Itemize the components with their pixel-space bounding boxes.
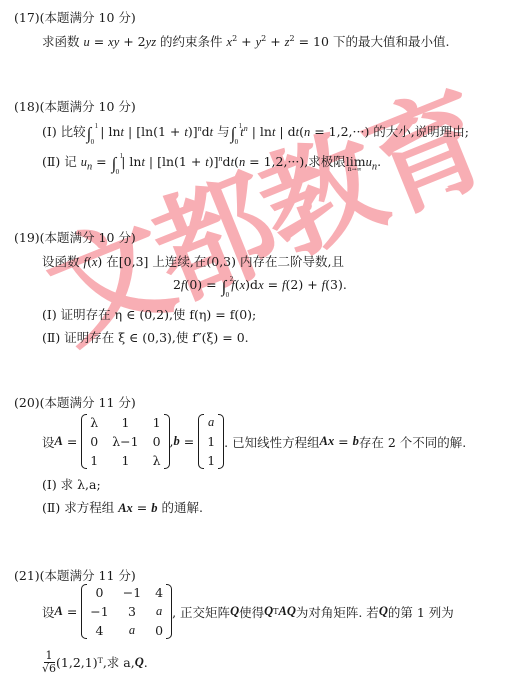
problem-18-part-1: (Ⅰ) 比较∫10 | lnt | [ln(1 + t)]ndt 与∫10 tn… <box>42 122 469 142</box>
problem-21-tail: 1√6 (1,2,1)ᵀ,求 a,Q. <box>42 650 148 674</box>
problem-18-part-2: (Ⅱ) 记 un = ∫10 | lnt | [ln(1 + t)]ndt(n … <box>42 152 381 173</box>
problem-21-header: (21)(本题满分 11 分) <box>14 566 136 584</box>
problem-20-matrix-line: 设 A = λ11 0λ−10 11λ ,b = a11 . 已知线性方程组 A… <box>42 414 466 469</box>
fraction-1-over-sqrt6: 1√6 <box>42 650 56 674</box>
matrix-a-21: 0−14 −13a 4a0 <box>81 584 172 639</box>
problem-21-matrix-line: 设 A = 0−14 −13a 4a0 , 正交矩阵 Q 使得 QTAQ 为对角… <box>42 584 454 639</box>
watermark: 文都教育 <box>20 44 506 372</box>
problem-20-part-1: (Ⅰ) 求 λ,a; <box>42 475 101 493</box>
problem-19-equation: 2f(0) = ∫20 f(x)dx = f(2) + f(3). <box>173 277 347 295</box>
problem-17-header: (17)(本题满分 10 分) <box>14 8 136 26</box>
problem-20-header: (20)(本题满分 11 分) <box>14 393 136 411</box>
problem-19-header: (19)(本题满分 10 分) <box>14 228 136 246</box>
matrix-a: λ11 0λ−10 11λ <box>81 414 169 469</box>
problem-20-part-2: (Ⅱ) 求方程组 Ax = b 的通解. <box>42 498 203 516</box>
problem-17-text: 求函数 u = xy + 2yz 的约束条件 x2 + y2 + z2 = 10… <box>42 32 449 50</box>
problem-19-part-2: (Ⅱ) 证明存在 ξ ∈ (0,3),使 f″(ξ) = 0. <box>42 328 249 346</box>
vector-b: a11 <box>198 414 224 469</box>
problem-18-header: (18)(本题满分 10 分) <box>14 97 136 115</box>
problem-19-intro: 设函数 f(x) 在[0,3] 上连续,在(0,3) 内存在二阶导数,且 <box>42 252 344 270</box>
problem-19-part-1: (Ⅰ) 证明存在 η ∈ (0,2),使 f(η) = f(0); <box>42 305 256 323</box>
